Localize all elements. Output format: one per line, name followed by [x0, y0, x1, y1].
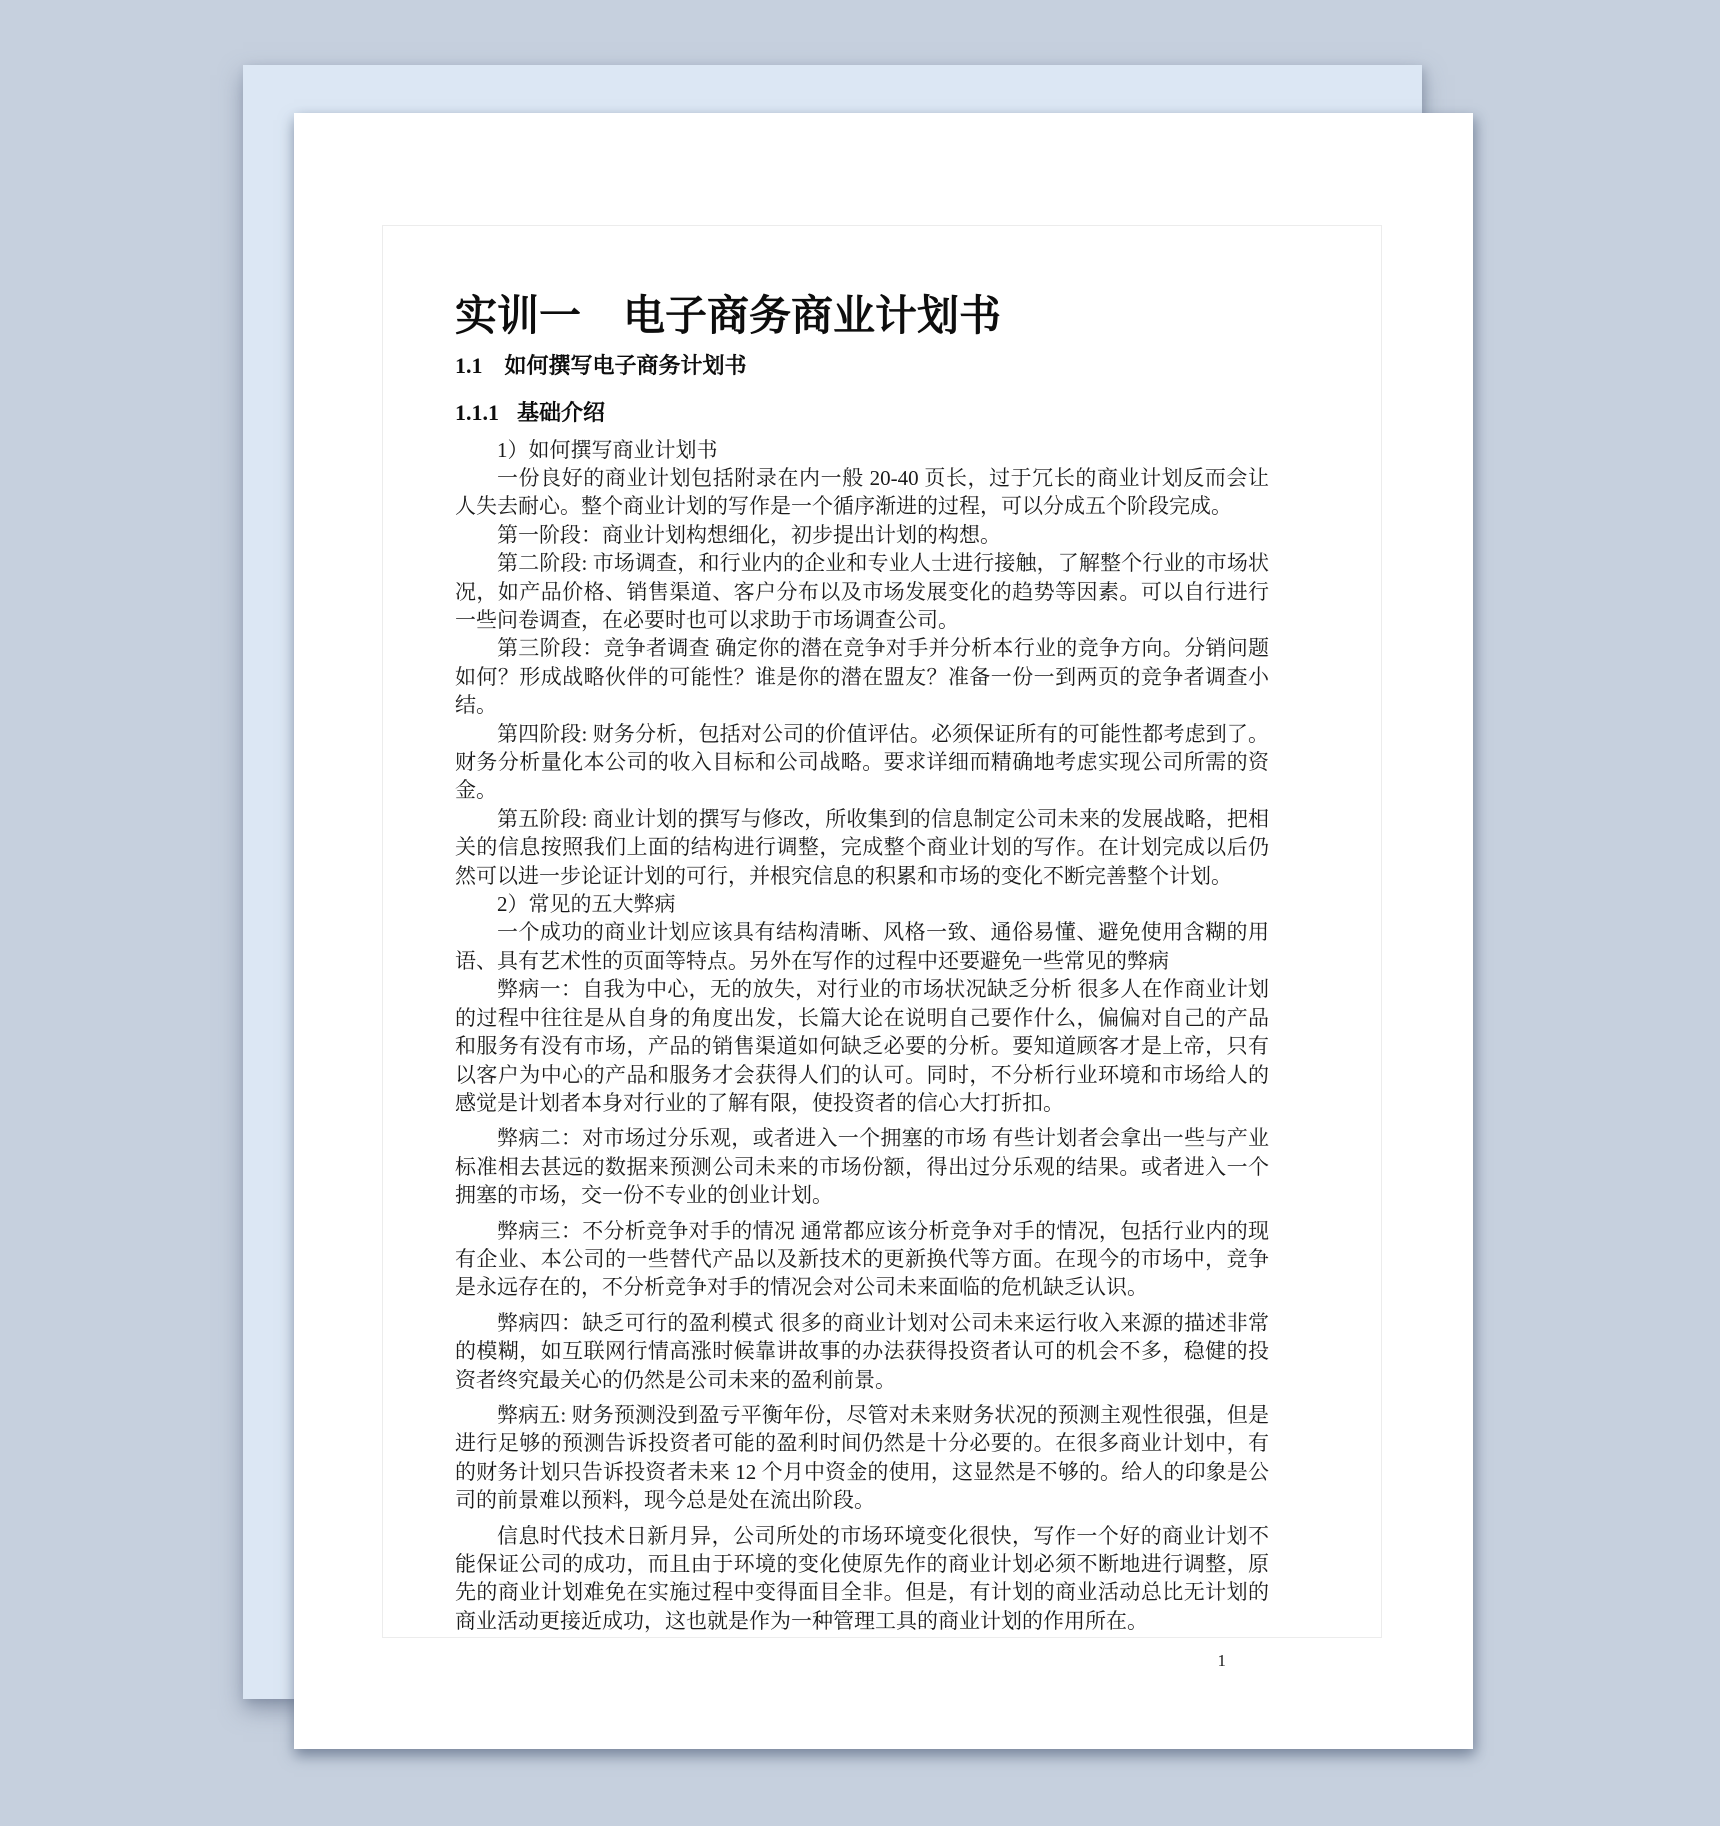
paragraph-flaw-5: 弊病五: 财务预测没到盈亏平衡年份，尽管对未来财务状况的预测主观性很强，但是进行…	[455, 1401, 1269, 1515]
section-heading-text: 如何撰写电子商务计划书	[505, 353, 747, 378]
paragraph-stage-2: 第二阶段: 市场调查，和行业内的企业和专业人士进行接触，了解整个行业的市场状况，…	[455, 549, 1269, 634]
paragraph-list-item-2: 2）常见的五大弊病	[455, 890, 1269, 918]
subsection-heading-text: 基础介绍	[517, 400, 605, 425]
paragraph-flaw-2: 弊病二：对市场过分乐观，或者进入一个拥塞的市场 有些计划者会拿出一些与产业标准相…	[455, 1124, 1269, 1209]
paragraph-intro: 一份良好的商业计划包括附录在内一般 20-40 页长，过于冗长的商业计划反而会让…	[455, 464, 1269, 521]
document-title-chapter: 实训一	[455, 294, 581, 340]
paragraph-five-flaws-intro: 一个成功的商业计划应该具有结构清晰、风格一致、通俗易懂、避免使用含糊的用语、具有…	[455, 918, 1269, 975]
subsection-heading-number: 1.1.1	[455, 400, 499, 425]
section-heading-number: 1.1	[455, 353, 483, 378]
subsection-heading-1-1-1: 1.1.1基础介绍	[455, 399, 1269, 428]
paragraph-flaw-3: 弊病三：不分析竞争对手的情况 通常都应该分析竞争对手的情况，包括行业内的现有企业…	[455, 1217, 1269, 1302]
paragraph-flaw-1: 弊病一：自我为中心，无的放失，对行业的市场状况缺乏分析 很多人在作商业计划的过程…	[455, 975, 1269, 1117]
paragraph-flaw-4: 弊病四：缺乏可行的盈利模式 很多的商业计划对公司未来运行收入来源的描述非常的模糊…	[455, 1309, 1269, 1394]
paragraph-list-item-1: 1）如何撰写商业计划书	[455, 436, 1269, 464]
document-content-frame: 实训一电子商务商业计划书 1.1如何撰写电子商务计划书 1.1.1基础介绍 1）…	[382, 225, 1382, 1638]
document-page: 实训一电子商务商业计划书 1.1如何撰写电子商务计划书 1.1.1基础介绍 1）…	[294, 113, 1473, 1749]
paragraph-stage-3: 第三阶段：竞争者调查 确定你的潜在竞争对手并分析本行业的竞争方向。分销问题如何？…	[455, 634, 1269, 719]
desktop-background: 实训一电子商务商业计划书 1.1如何撰写电子商务计划书 1.1.1基础介绍 1）…	[0, 0, 1720, 1826]
document-title: 实训一电子商务商业计划书	[455, 292, 1269, 342]
page-number: 1	[455, 1651, 1269, 1671]
paragraph-stage-4: 第四阶段: 财务分析，包括对公司的价值评估。必须保证所有的可能性都考虑到了。财务…	[455, 720, 1269, 805]
document-title-text: 电子商务商业计划书	[623, 294, 1001, 340]
paragraph-stage-5: 第五阶段: 商业计划的撰写与修改，所收集到的信息制定公司未来的发展战略，把相关的…	[455, 805, 1269, 890]
paragraph-stage-1: 第一阶段：商业计划构想细化，初步提出计划的构想。	[455, 521, 1269, 549]
paragraph-conclusion: 信息时代技术日新月异，公司所处的市场环境变化很快，写作一个好的商业计划不能保证公…	[455, 1522, 1269, 1636]
section-heading-1-1: 1.1如何撰写电子商务计划书	[455, 352, 1269, 381]
